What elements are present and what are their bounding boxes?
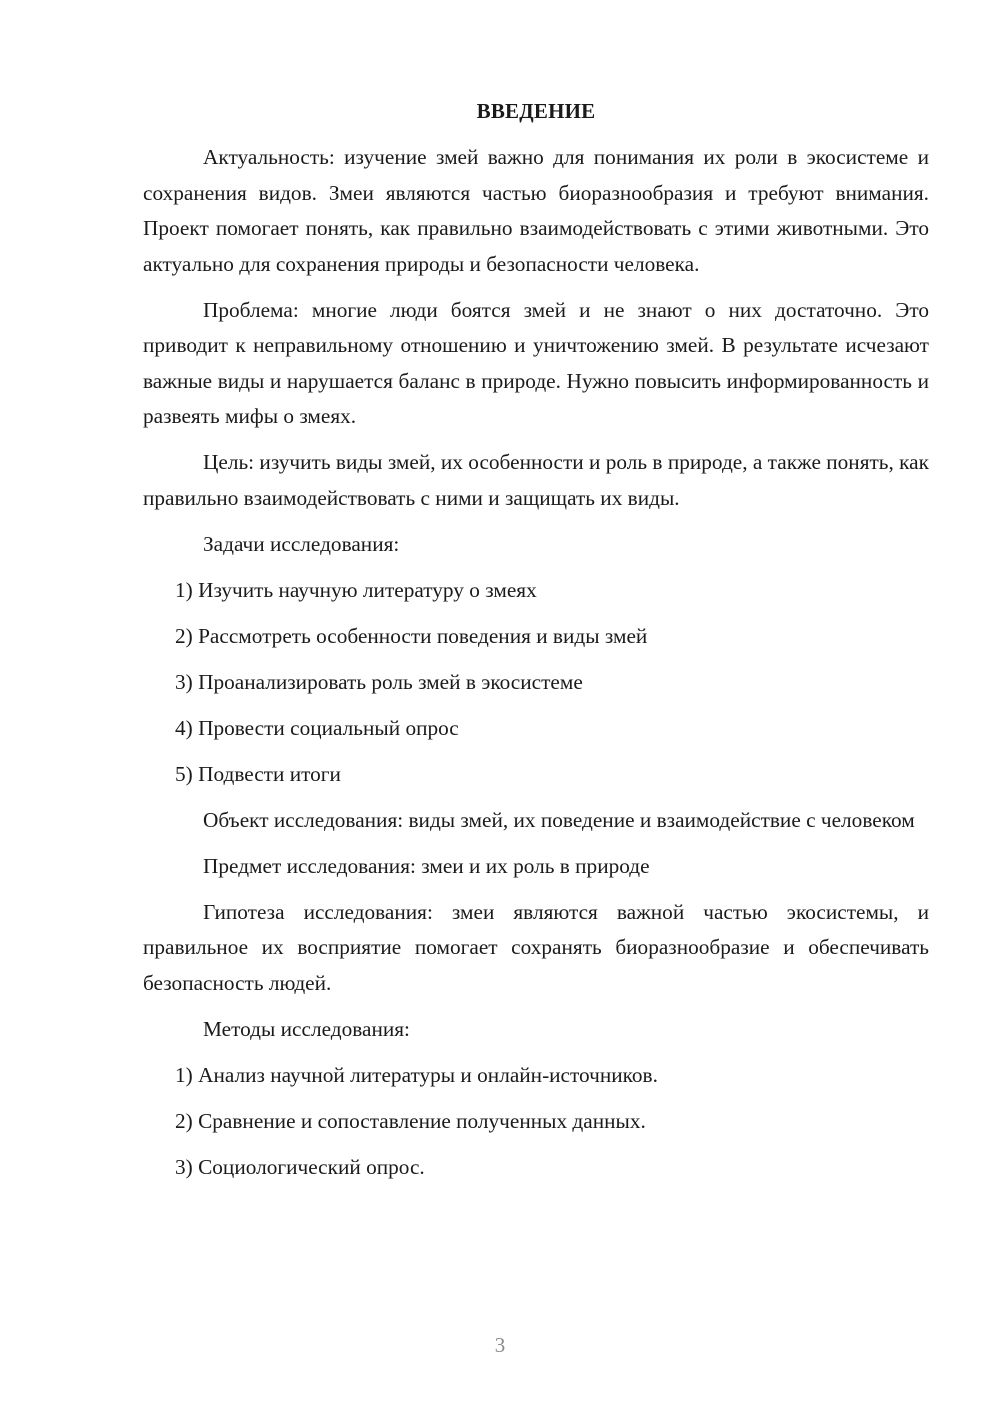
task-item: 5) Подвести итоги [143, 757, 929, 793]
object-paragraph: Объект исследования: виды змей, их повед… [143, 803, 929, 839]
section-title: ВВЕДЕНИЕ [143, 94, 929, 128]
task-item: 1) Изучить научную литературу о змеях [143, 573, 929, 609]
goal-paragraph: Цель: изучить виды змей, их особенности … [143, 445, 929, 516]
document-page: ВВЕДЕНИЕ Актуальность: изучение змей важ… [143, 94, 929, 1196]
task-item: 3) Проанализировать роль змей в экосисте… [143, 665, 929, 701]
relevance-paragraph: Актуальность: изучение змей важно для по… [143, 140, 929, 282]
tasks-heading: Задачи исследования: [143, 527, 929, 563]
method-item: 3) Социологический опрос. [143, 1150, 929, 1186]
method-item: 2) Сравнение и сопоставление полученных … [143, 1104, 929, 1140]
page-number: 3 [0, 1333, 1000, 1357]
methods-list: 1) Анализ научной литературы и онлайн-ис… [143, 1058, 929, 1186]
subject-paragraph: Предмет исследования: змеи и их роль в п… [143, 849, 929, 885]
methods-heading: Методы исследования: [143, 1012, 929, 1048]
task-item: 2) Рассмотреть особенности поведения и в… [143, 619, 929, 655]
tasks-list: 1) Изучить научную литературу о змеях 2)… [143, 573, 929, 793]
hypothesis-paragraph: Гипотеза исследования: змеи являются важ… [143, 895, 929, 1002]
method-item: 1) Анализ научной литературы и онлайн-ис… [143, 1058, 929, 1094]
task-item: 4) Провести социальный опрос [143, 711, 929, 747]
problem-paragraph: Проблема: многие люди боятся змей и не з… [143, 293, 929, 435]
